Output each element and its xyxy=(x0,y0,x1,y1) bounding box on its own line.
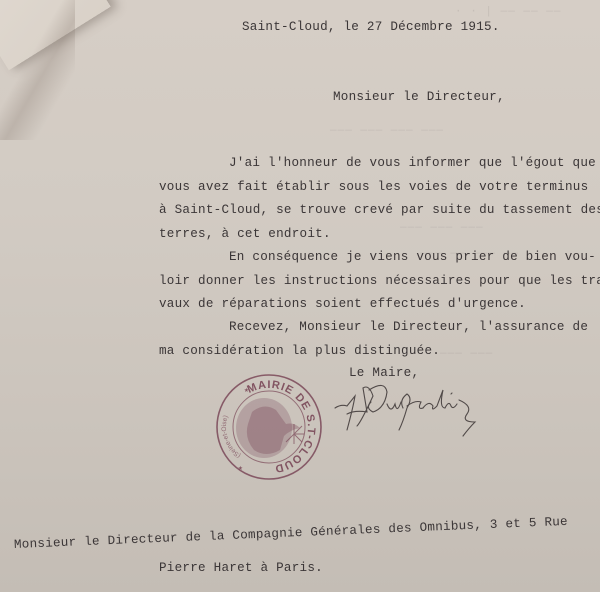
svg-text:★: ★ xyxy=(244,386,249,395)
paper-shadow xyxy=(0,0,75,140)
svg-text:★: ★ xyxy=(238,464,243,473)
letter-page: · · | —— —— —— ——— ——— ——— ——— ——— ——— —… xyxy=(0,0,600,592)
addressee-line-1: Monsieur le Directeur de la Compagnie Gé… xyxy=(14,515,568,552)
body-line: En conséquence je viens vous prier de bi… xyxy=(229,250,596,264)
body-line: terres, à cet endroit. xyxy=(159,227,331,241)
handwritten-signature-icon xyxy=(333,378,483,438)
bleed-through-text: ——— ——— ——— xyxy=(400,222,484,234)
body-line: ma considération la plus distinguée. xyxy=(159,344,440,358)
salutation: Monsieur le Directeur, xyxy=(333,90,505,104)
stamp-seal-icon: MAIRIE DE S.T-CLOUD (Seine-et-Oise) ★ ★ xyxy=(214,372,324,482)
body-line: à Saint-Cloud, se trouve crevé par suite… xyxy=(159,203,600,217)
bleed-through-text: ——— ——— ——— ——— xyxy=(330,125,444,137)
bleed-through-text: ——— ——— xyxy=(440,348,493,360)
body-line: Recevez, Monsieur le Directeur, l'assura… xyxy=(229,320,588,334)
bleed-through-text: · · | —— —— —— xyxy=(455,6,561,18)
mairie-stamp: MAIRIE DE S.T-CLOUD (Seine-et-Oise) ★ ★ xyxy=(214,372,324,482)
body-line: vaux de réparations soient effectués d'u… xyxy=(159,297,526,311)
body-line: J'ai l'honneur de vous informer que l'ég… xyxy=(229,156,596,170)
mayor-signature xyxy=(333,378,483,438)
body-line: vous avez fait établir sous les voies de… xyxy=(159,180,588,194)
addressee-line-2: Pierre Haret à Paris. xyxy=(159,561,323,575)
dateline: Saint-Cloud, le 27 Décembre 1915. xyxy=(242,20,500,34)
body-line: loir donner les instructions nécessaires… xyxy=(159,274,600,288)
